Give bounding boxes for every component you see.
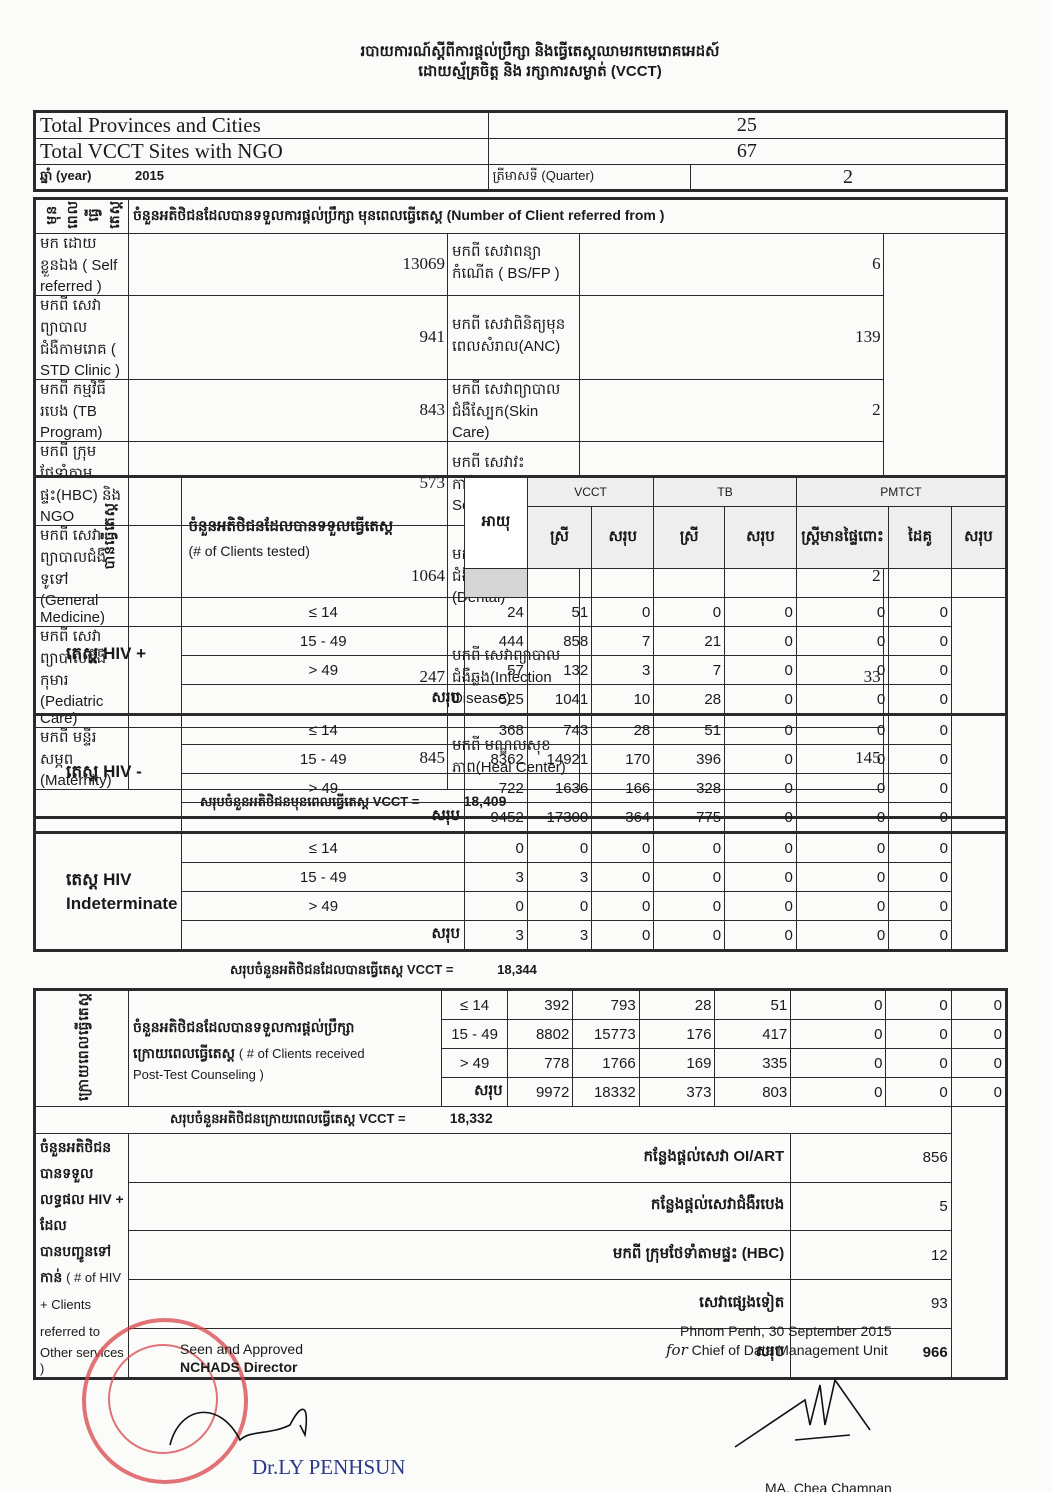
age-group: ≤ 14 bbox=[182, 598, 465, 627]
referral-source-value: 6 bbox=[579, 233, 883, 295]
referred-service-row: ចំនួនអតិថិជនបានទទួលលទ្ធផល HIV + ដែលបានបញ… bbox=[35, 1134, 1007, 1183]
referred-service-value: 12 bbox=[791, 1231, 951, 1280]
count-cell: 364 bbox=[592, 803, 654, 833]
age-group: សរុប bbox=[182, 803, 465, 833]
referred-service-label: សេវាផ្សេងទៀត bbox=[129, 1279, 791, 1328]
count-cell: 0 bbox=[791, 1020, 886, 1049]
count-cell: 0 bbox=[889, 598, 952, 627]
summary-header-table: Total Provinces and Cities 25 Total VCCT… bbox=[33, 110, 1008, 192]
place-date: Phnom Penh, 30 September 2015 bbox=[680, 1322, 892, 1341]
count-cell: 0 bbox=[796, 921, 888, 951]
count-cell: 15773 bbox=[573, 1020, 639, 1049]
count-cell: 10 bbox=[592, 685, 654, 715]
tested-total: សរុបចំនួនអតិថិជនដែលបានធ្វើតេស្ត VCCT = 1… bbox=[230, 962, 537, 981]
count-cell: 0 bbox=[951, 990, 1006, 1020]
referred-service-row: មកពី ក្រុមថែទាំតាមផ្ទះ (HBC)12 bbox=[35, 1231, 1007, 1280]
count-cell: 132 bbox=[527, 656, 591, 685]
test-result-group-label: តេស្ត HIV Indeterminate bbox=[35, 833, 182, 951]
referral-source-value: 941 bbox=[129, 295, 448, 379]
referral-source-value: 13069 bbox=[129, 233, 448, 295]
approver-name: Dr.LY PENHSUN bbox=[252, 1455, 405, 1480]
count-cell: 743 bbox=[527, 715, 591, 745]
count-cell: 3 bbox=[465, 863, 528, 892]
sub-header-pmtct-partner: ដៃគូ bbox=[889, 507, 952, 569]
count-cell: 392 bbox=[507, 990, 573, 1020]
year-label: ឆ្នាំ (year) bbox=[40, 168, 91, 183]
age-group: សរុប bbox=[442, 1078, 507, 1107]
provinces-label: Total Provinces and Cities bbox=[35, 112, 489, 139]
test-result-group-label: តេស្ត HIV - bbox=[35, 715, 182, 833]
count-cell: 57 bbox=[465, 656, 528, 685]
count-cell: 368 bbox=[465, 715, 528, 745]
count-cell: 1636 bbox=[527, 774, 591, 803]
count-cell: 0 bbox=[725, 598, 797, 627]
count-cell: 0 bbox=[592, 892, 654, 921]
approved-line-2: NCHADS Director bbox=[180, 1358, 303, 1376]
tested-table: បានធ្វើតេស្ត ចំនួនអតិថិជនដែលបានទទួលធ្វើត… bbox=[33, 475, 1008, 952]
referred-service-value: 856 bbox=[791, 1134, 951, 1183]
counseling-en-1: ( # of Clients received bbox=[239, 1046, 365, 1061]
count-cell: 0 bbox=[654, 863, 725, 892]
tested-row: តេស្ត HIV Indeterminate≤ 140000000 bbox=[35, 833, 1007, 863]
count-cell: 170 bbox=[592, 745, 654, 774]
count-cell: 417 bbox=[715, 1020, 791, 1049]
director-signature bbox=[160, 1395, 330, 1455]
count-cell: 0 bbox=[796, 715, 888, 745]
count-cell: 3 bbox=[592, 656, 654, 685]
tested-row: តេស្ត HIV +≤ 14245100000 bbox=[35, 598, 1007, 627]
age-header: អាយុ bbox=[465, 477, 528, 569]
year-cell: ឆ្នាំ (year) 2015 bbox=[35, 165, 489, 191]
count-cell: 18332 bbox=[573, 1078, 639, 1107]
count-cell: 169 bbox=[639, 1049, 715, 1078]
sites-value: 67 bbox=[488, 139, 1006, 165]
referral-side-label: មុនពេលធ្វើតេស្ត bbox=[40, 198, 124, 231]
count-cell: 0 bbox=[725, 833, 797, 863]
sub-header-tb-female: ស្រី bbox=[654, 507, 725, 569]
referred-service-label: កន្លែងផ្តល់សេវាជំងឺរបេង bbox=[129, 1182, 791, 1231]
counseling-en-2: Post-Test Counseling ) bbox=[133, 1067, 437, 1083]
group-header-vcct: VCCT bbox=[527, 477, 653, 507]
tested-heading-cell: ចំនួនអតិថិជនដែលបានទទួលធ្វើតេស្ត (# of Cl… bbox=[182, 477, 465, 598]
count-cell: 0 bbox=[889, 715, 952, 745]
quarter-value: 2 bbox=[691, 165, 1007, 191]
count-cell: 0 bbox=[796, 598, 888, 627]
count-cell: 858 bbox=[527, 627, 591, 656]
post-test-row: ក្រោយពេលធ្វើតេស្តចំនួនអតិថិជនដែលបានទទួលក… bbox=[35, 990, 1007, 1020]
count-cell: 0 bbox=[889, 803, 952, 833]
title-line-2: ដោយស្ម័គ្រចិត្ត និង រក្សាការសម្ងាត់ (VCC… bbox=[250, 62, 830, 82]
count-cell: 0 bbox=[725, 745, 797, 774]
referred-service-row: កន្លែងផ្តល់សេវាជំងឺរបេង5 bbox=[35, 1182, 1007, 1231]
count-cell: 0 bbox=[951, 1078, 1006, 1107]
count-cell: 0 bbox=[527, 833, 591, 863]
age-group: > 49 bbox=[182, 656, 465, 685]
count-cell: 176 bbox=[639, 1020, 715, 1049]
age-group: ≤ 14 bbox=[442, 990, 507, 1020]
count-cell: 0 bbox=[886, 1020, 951, 1049]
post-test-counseling-desc: ចំនួនអតិថិជនដែលបានទទួលការផ្តល់ប្រឹក្សាក្… bbox=[129, 990, 442, 1107]
referred-service-value: 93 bbox=[791, 1279, 951, 1328]
count-cell: 444 bbox=[465, 627, 528, 656]
count-cell: 7 bbox=[654, 656, 725, 685]
count-cell: 21 bbox=[654, 627, 725, 656]
tested-heading-en: (# of Clients tested) bbox=[188, 543, 460, 559]
count-cell: 328 bbox=[654, 774, 725, 803]
count-cell: 778 bbox=[507, 1049, 573, 1078]
post-test-total-row: សរុបចំនួនអតិថិជនក្រោយពេលធ្វើតេស្ត VCCT =… bbox=[35, 1107, 952, 1134]
count-cell: 0 bbox=[796, 656, 888, 685]
chief-title: Chief of Data Management Unit bbox=[692, 1342, 888, 1358]
count-cell: 0 bbox=[796, 892, 888, 921]
count-cell: 0 bbox=[796, 833, 888, 863]
blank-cell bbox=[889, 569, 952, 598]
chief-block: Phnom Penh, 30 September 2015 for Chief … bbox=[680, 1322, 892, 1360]
group-header-pmtct: PMTCT bbox=[796, 477, 1006, 507]
referral-source-label: មកពី សេវាពន្យាកំណើត ( BS/FP ) bbox=[447, 233, 579, 295]
blank-cell bbox=[725, 569, 797, 598]
count-cell: 28 bbox=[592, 715, 654, 745]
group-header-tb: TB bbox=[654, 477, 797, 507]
age-group: 15 - 49 bbox=[442, 1020, 507, 1049]
age-group: > 49 bbox=[182, 774, 465, 803]
count-cell: 0 bbox=[889, 892, 952, 921]
quarter-label: ត្រីមាសទី (Quarter) bbox=[488, 165, 690, 191]
blank-cell bbox=[654, 569, 725, 598]
referral-side-label-cell: មុនពេលធ្វើតេស្ត bbox=[35, 199, 129, 234]
count-cell: 0 bbox=[791, 990, 886, 1020]
tested-total-label: សរុបចំនួនអតិថិជនដែលបានធ្វើតេស្ត VCCT = bbox=[230, 962, 454, 977]
referred-kh-1: ចំនួនអតិថិជនបានទទួលលទ្ធផល HIV + ដែល bbox=[40, 1134, 124, 1238]
count-cell: 0 bbox=[889, 745, 952, 774]
count-cell: 0 bbox=[725, 627, 797, 656]
age-group: ≤ 14 bbox=[182, 833, 465, 863]
count-cell: 166 bbox=[592, 774, 654, 803]
counseling-kh-1: ចំនួនអតិថិជនដែលបានទទួលការផ្តល់ប្រឹក្សា bbox=[133, 1014, 437, 1040]
chief-name: MA. Chea Chamnan bbox=[765, 1480, 892, 1492]
count-cell: 0 bbox=[951, 1049, 1006, 1078]
count-cell: 0 bbox=[886, 990, 951, 1020]
count-cell: 17300 bbox=[527, 803, 591, 833]
count-cell: 0 bbox=[796, 685, 888, 715]
year-value: 2015 bbox=[135, 168, 164, 183]
count-cell: 335 bbox=[715, 1049, 791, 1078]
count-cell: 0 bbox=[791, 1078, 886, 1107]
sub-header-pmtct-total: សរុប bbox=[951, 507, 1006, 569]
count-cell: 793 bbox=[573, 990, 639, 1020]
count-cell: 8362 bbox=[465, 745, 528, 774]
count-cell: 0 bbox=[725, 774, 797, 803]
post-test-side-label-cell: ក្រោយពេលធ្វើតេស្ត bbox=[35, 990, 129, 1107]
age-group: សរុប bbox=[182, 685, 465, 715]
count-cell: 0 bbox=[465, 892, 528, 921]
count-cell: 0 bbox=[592, 921, 654, 951]
count-cell: 3 bbox=[527, 921, 591, 951]
count-cell: 28 bbox=[639, 990, 715, 1020]
count-cell: 0 bbox=[886, 1078, 951, 1107]
count-cell: 9452 bbox=[465, 803, 528, 833]
referral-source-label: មកពី សេវាព្យាបាលជំងឺកាមរោគ ( STD Clinic … bbox=[35, 295, 129, 379]
blank-cell bbox=[951, 569, 1006, 598]
sub-header-vcct-female: ស្រី bbox=[527, 507, 591, 569]
age-group: > 49 bbox=[442, 1049, 507, 1078]
count-cell: 1041 bbox=[527, 685, 591, 715]
age-shaded-cell bbox=[465, 569, 528, 598]
referral-heading: ចំនួនអតិថិជនដែលបានទទួលការផ្តល់ប្រឹក្សា ម… bbox=[129, 199, 1007, 234]
count-cell: 9972 bbox=[507, 1078, 573, 1107]
referral-source-label: មក ដោយខ្លួនឯង ( Self referred ) bbox=[35, 233, 129, 295]
count-cell: 0 bbox=[796, 774, 888, 803]
count-cell: 0 bbox=[725, 715, 797, 745]
count-cell: 51 bbox=[654, 715, 725, 745]
approval-block: Seen and Approved NCHADS Director bbox=[180, 1340, 303, 1376]
referral-source-label: មកពី សេវាព្យាបាលជំងឺស្បែក(Skin Care) bbox=[447, 379, 579, 441]
age-group: សរុប bbox=[182, 921, 465, 951]
count-cell: 0 bbox=[725, 921, 797, 951]
count-cell: 51 bbox=[527, 598, 591, 627]
post-test-total-value: 18,332 bbox=[450, 1110, 493, 1126]
age-group: 15 - 49 bbox=[182, 745, 465, 774]
referral-source-label: មកពី កម្មវិធីរបេង (TB Program) bbox=[35, 379, 129, 441]
count-cell: 775 bbox=[654, 803, 725, 833]
count-cell: 0 bbox=[889, 685, 952, 715]
count-cell: 0 bbox=[886, 1049, 951, 1078]
count-cell: 0 bbox=[889, 774, 952, 803]
count-cell: 0 bbox=[725, 656, 797, 685]
count-cell: 1766 bbox=[573, 1049, 639, 1078]
post-test-side-label: ក្រោយពេលធ្វើតេស្ត bbox=[72, 992, 93, 1101]
count-cell: 0 bbox=[796, 627, 888, 656]
count-cell: 0 bbox=[725, 803, 797, 833]
approved-line-1: Seen and Approved bbox=[180, 1340, 303, 1358]
referral-row: មកពី កម្មវិធីរបេង (TB Program)843មកពី សេ… bbox=[35, 379, 1007, 441]
count-cell: 0 bbox=[889, 921, 952, 951]
tested-side-label-cell: បានធ្វើតេស្ត bbox=[35, 477, 182, 598]
count-cell: 525 bbox=[465, 685, 528, 715]
count-cell: 0 bbox=[592, 863, 654, 892]
count-cell: 0 bbox=[951, 1020, 1006, 1049]
count-cell: 0 bbox=[465, 833, 528, 863]
blank-cell bbox=[592, 569, 654, 598]
count-cell: 7 bbox=[592, 627, 654, 656]
blank-cell bbox=[796, 569, 888, 598]
count-cell: 14921 bbox=[527, 745, 591, 774]
sites-label: Total VCCT Sites with NGO bbox=[35, 139, 489, 165]
count-cell: 0 bbox=[889, 833, 952, 863]
count-cell: 0 bbox=[725, 892, 797, 921]
count-cell: 8802 bbox=[507, 1020, 573, 1049]
referral-source-value: 843 bbox=[129, 379, 448, 441]
report-title: របាយការណ៍ស្តីពីការផ្តល់ប្រឹក្សា និងធ្វើត… bbox=[250, 42, 830, 82]
referral-source-value: 2 bbox=[579, 379, 883, 441]
count-cell: 51 bbox=[715, 990, 791, 1020]
tested-side-label: បានធ្វើតេស្ត bbox=[98, 502, 119, 569]
count-cell: 722 bbox=[465, 774, 528, 803]
age-group: 15 - 49 bbox=[182, 627, 465, 656]
sub-header-tb-total: សរុប bbox=[725, 507, 797, 569]
age-group: ≤ 14 bbox=[182, 715, 465, 745]
count-cell: 0 bbox=[791, 1049, 886, 1078]
count-cell: 28 bbox=[654, 685, 725, 715]
tested-total-value: 18,344 bbox=[497, 962, 537, 977]
provinces-value: 25 bbox=[488, 112, 1006, 139]
referred-service-label: មកពី ក្រុមថែទាំតាមផ្ទះ (HBC) bbox=[129, 1231, 791, 1280]
count-cell: 0 bbox=[796, 803, 888, 833]
count-cell: 3 bbox=[465, 921, 528, 951]
sub-header-pmtct-pregnant: ស្ត្រីមានផ្ទៃពោះ bbox=[796, 507, 888, 569]
age-group: > 49 bbox=[182, 892, 465, 921]
count-cell: 0 bbox=[654, 892, 725, 921]
count-cell: 0 bbox=[889, 656, 952, 685]
tested-row: តេស្ត HIV -≤ 143687432851000 bbox=[35, 715, 1007, 745]
count-cell: 0 bbox=[796, 863, 888, 892]
count-cell: 396 bbox=[654, 745, 725, 774]
count-cell: 24 bbox=[465, 598, 528, 627]
count-cell: 373 bbox=[639, 1078, 715, 1107]
count-cell: 0 bbox=[654, 921, 725, 951]
count-cell: 0 bbox=[725, 685, 797, 715]
count-cell: 3 bbox=[527, 863, 591, 892]
test-result-group-label: តេស្ត HIV + bbox=[35, 598, 182, 715]
count-cell: 0 bbox=[654, 833, 725, 863]
age-group: 15 - 49 bbox=[182, 863, 465, 892]
blank-cell bbox=[527, 569, 591, 598]
referred-service-value: 5 bbox=[791, 1182, 951, 1231]
counseling-kh-2: ក្រោយពេលធ្វើតេស្ត bbox=[133, 1045, 235, 1061]
for-prefix: for bbox=[666, 1341, 688, 1359]
referral-source-value: 139 bbox=[579, 295, 883, 379]
count-cell: 0 bbox=[527, 892, 591, 921]
title-line-1: របាយការណ៍ស្តីពីការផ្តល់ប្រឹក្សា និងធ្វើត… bbox=[250, 42, 830, 62]
count-cell: 0 bbox=[796, 745, 888, 774]
count-cell: 0 bbox=[654, 598, 725, 627]
sub-header-vcct-total: សរុប bbox=[592, 507, 654, 569]
count-cell: 0 bbox=[889, 627, 952, 656]
count-cell: 0 bbox=[592, 833, 654, 863]
count-cell: 0 bbox=[725, 863, 797, 892]
vcct-report-page: របាយការណ៍ស្តីពីការផ្តល់ប្រឹក្សា និងធ្វើត… bbox=[0, 0, 1052, 1492]
referral-source-label: មកពី សេវាពិនិត្យមុនពេលសំរាល(ANC) bbox=[447, 295, 579, 379]
count-cell: 0 bbox=[889, 863, 952, 892]
post-test-total-label: សរុបចំនួនអតិថិជនក្រោយពេលធ្វើតេស្ត VCCT = bbox=[170, 1111, 406, 1126]
referred-service-label: កន្លែងផ្តល់សេវា OI/ART bbox=[129, 1134, 791, 1183]
referral-row: មកពី សេវាព្យាបាលជំងឺកាមរោគ ( STD Clinic … bbox=[35, 295, 1007, 379]
count-cell: 803 bbox=[715, 1078, 791, 1107]
chief-signature bbox=[730, 1365, 890, 1455]
tested-heading-kh: ចំនួនអតិថិជនដែលបានទទួលធ្វើតេស្ត bbox=[188, 517, 460, 539]
referral-row: មក ដោយខ្លួនឯង ( Self referred )13069មកពី… bbox=[35, 233, 1007, 295]
count-cell: 0 bbox=[592, 598, 654, 627]
